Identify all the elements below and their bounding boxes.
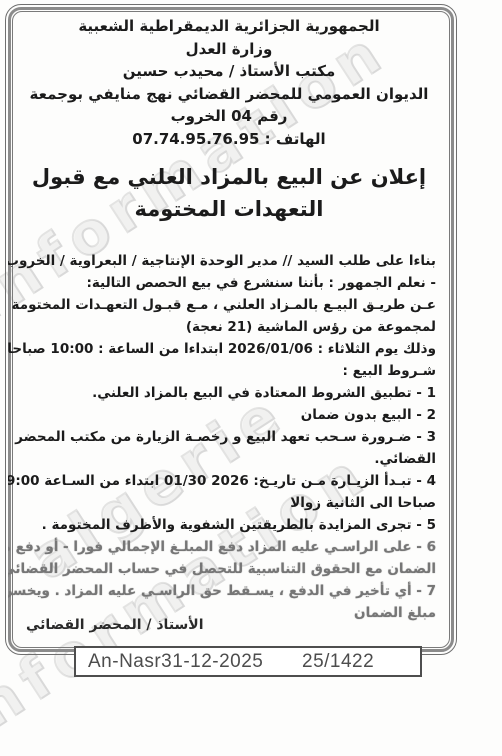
condition-line: الضمان مع الحقوق التناسبية للتحصل في حسا… <box>22 558 436 580</box>
body-line-sale-conditions-heading: شـروط البيع : <box>22 360 436 382</box>
document-header: الجمهورية الجزائرية الديمقراطية الشعبية … <box>22 15 436 150</box>
header-address-line: رقم 04 الخروب <box>22 105 436 128</box>
bailiff-signature: الأستاذ / المحضر القضائي <box>26 617 204 633</box>
document-content: الجمهورية الجزائرية الديمقراطية الشعبية … <box>8 7 452 647</box>
condition-line: 2 - البيع بدون ضمان <box>22 404 436 426</box>
header-republic-line: الجمهورية الجزائرية الديمقراطية الشعبية <box>22 15 436 38</box>
body-line: - نعلم الجمهور : بأننا سنشرع في بيع الحص… <box>22 272 436 294</box>
header-office-line: مكتب الأستاذ / محيدب حسين <box>22 60 436 83</box>
condition-line: 6 - على الراسـي عليه المزاد دفع المبلـغ … <box>22 536 436 558</box>
body-line: وذلك يوم الثلاثاء : 2026/01/06 ابتداءا م… <box>22 338 436 360</box>
scanned-auction-notice: information algerie information الجمهوري… <box>0 0 502 756</box>
condition-line: 3 - ضـرورة سـحب تعهد البيع و رخصـة الزيا… <box>22 426 436 448</box>
body-line: لمجموعة من رؤس الماشية (21 نعجة) <box>22 316 436 338</box>
condition-line: 4 - تبـدأ الزيـارة مـن تاريـخ: 2026 01/3… <box>22 470 436 492</box>
condition-line: 7 - أي تأخير في الدفع ، يسـقط حق الراسـي… <box>22 580 436 602</box>
newspaper-footer-strip: An-Nasr31-12-2025 25/1422 <box>74 646 422 677</box>
condition-line: 5 - تجرى المزايدة بالطريقتين الشفوية وال… <box>22 514 436 536</box>
header-bailiff-line: الديوان العمومي للمحضر القضائي نهج منايف… <box>22 83 436 106</box>
announcement-title: إعلان عن البيع بالمزاد العلني مع قبول ال… <box>22 161 436 225</box>
footer-reference-number: 25/1422 <box>302 651 374 673</box>
condition-line: القضائي. <box>22 448 436 470</box>
footer-newspaper-date: An-Nasr31-12-2025 <box>88 651 263 673</box>
announcement-title-line-2: التعهدات المختومة <box>22 193 436 225</box>
body-line: عـن طريـق البيـع بالمـزاد العلني ، مـع ق… <box>22 294 436 316</box>
announcement-title-line-1: إعلان عن البيع بالمزاد العلني مع قبول <box>22 161 436 193</box>
condition-line: 1 - تطبيق الشروط المعتادة في البيع بالمز… <box>22 382 436 404</box>
condition-line: صباحا الى الثانية زوالا <box>22 492 436 514</box>
header-phone-line: الهاتف : 07.74.95.76.95 <box>22 128 436 151</box>
body-line: بناءا على طلب السيد // مدير الوحدة الإنت… <box>22 250 436 272</box>
header-ministry-line: وزارة العدل <box>22 38 436 61</box>
announcement-body: بناءا على طلب السيد // مدير الوحدة الإنت… <box>22 250 436 624</box>
